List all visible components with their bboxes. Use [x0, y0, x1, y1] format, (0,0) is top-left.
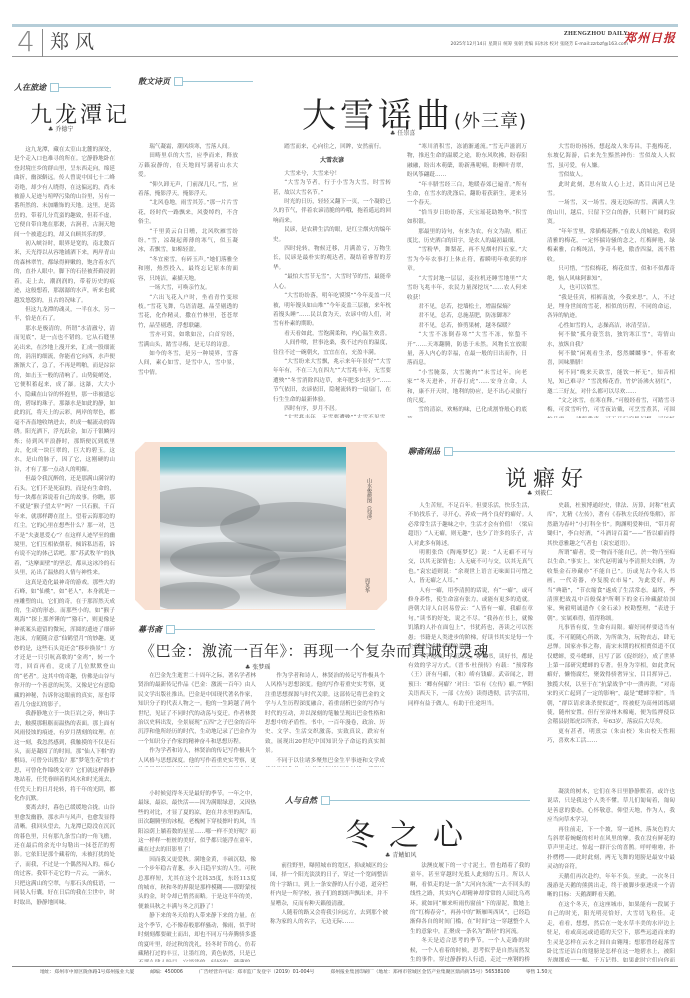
column-label-prose-poetry: 散文诗页	[138, 76, 253, 87]
english-name: ZHENGZHOU DAILY	[451, 31, 628, 37]
paragraph: 君不见，总若，挖墙松土，增温保熵？	[407, 303, 527, 312]
paragraph: 我静静地立于一块巨岩之旁，伸出手去，触摸那粗粝而温热的表面。那上面有风雨侵蚀的痕…	[14, 710, 115, 804]
article-body-dongzhixin-col4: 凝淡的树木，它们在冬日里静静默着，或许也说话，只是我这个人类不懂。草儿们匍匐着，…	[547, 788, 675, 962]
article-body-pihao-col2: 史载，杜预博通经史，律法、历算，封称“杜武库”，尤精《左传》，著有《春秋左氏经传…	[547, 502, 675, 772]
title-main: 大雪谣曲	[302, 96, 454, 136]
column-label-box-icon	[321, 796, 330, 805]
footer: 地址：郑州市中原区陇体路1号郑州报业大厦 邮编：450006 广告经营许可证：郑…	[40, 968, 660, 975]
paragraph: 何不做“孤舟蓑笠翁，独钓寒江雪”，寄情山水，放纵自我？	[547, 331, 675, 350]
footer-price: 零售 1.50元	[526, 968, 553, 975]
paragraph: 人有一癖，用李清照的话说，有“一癖”，或可修身养性，使生命富有张力，或能有更多的…	[408, 587, 533, 653]
paragraph: 大雪来兮，大雪来兮！	[273, 170, 391, 179]
article-body-dongzhixin-col3: 法澳皮履下的一寸寸泥土，曾也踏着了我的童年，甚至穿越时光抵人此刻的五月。所以人啊…	[410, 862, 530, 962]
paragraph: 再往前走，下一个坡，穿一道林，落灰色的大鸟斜翠着蜿蜒的杉叶在风里的摩。我在没有鲜…	[547, 826, 675, 873]
paragraph: 如今的冬雪，是另一种境界，雪落人间，素心如雪，是雪中人，雪中景，雪中情。	[138, 350, 238, 378]
paragraph: 小时候觉得冬天是最好的季节。一年之中，最绿，最凉，最快活——因为满眼绿意，又因热…	[138, 790, 256, 856]
paragraph: 君不见，总若，修剪果树，越冬保暖？	[407, 322, 527, 331]
paragraph: 凡事皆有度，生命有局限。癖好同样要适当有度，不可随随心所欲，为所欲为，玩物丧志，…	[547, 624, 675, 727]
paragraph: 所谓“癖者，爱一物而不能自已，於一物乃至痴以生命。”事实上，宋代赵明诚与李清照夫…	[547, 549, 675, 624]
article-author-dongzhixin: ♣青鳍如风	[385, 850, 416, 859]
paragraph: 史载，杜预博通经史，律法、历算，封称“杜武库”，尤精《左传》，著有《春秋左氏经传…	[547, 502, 675, 549]
column-label-box-icon	[166, 625, 175, 634]
column-label-text: 幕书斋	[138, 624, 162, 635]
paragraph: 明朝张岱《陶庵梦忆》说：“人无癖不可与交，以其无深情也；人无疵不可与交，以其无真…	[408, 549, 533, 587]
column-label-text: 人与自然	[285, 795, 317, 806]
article-author-daxue: ♣任崇喜	[390, 128, 415, 137]
section-name: 郑风	[50, 30, 100, 54]
column-label-line	[330, 800, 530, 801]
column-label-line	[175, 629, 375, 630]
article-author-bajin: ♣张梦瑶	[245, 662, 270, 671]
paragraph: 田畴里卓的大雪，应季而来，释放万籁寂静的，在天地间写满着山水大爱。	[138, 152, 238, 180]
paragraph: “大雪兆丰年，无雪要遭殃”“大雪不见雪，来年旱情重”“小雪大雪不见雪，小麦大麦粒…	[273, 414, 391, 418]
paragraph: 这九龙潭，藏在太室山北麓的深处，是个走入口也难寻的所在。它静静地卧在登封境庄乡的…	[14, 146, 115, 240]
author-club-icon: ♣	[385, 852, 390, 859]
paragraph: 四时轮转，物候迁移，月满盈亏，万物生长，民谚是最朴实的观达者，凝结着睿智的芳华。	[273, 245, 391, 273]
article-author-jiulongtan: ♣乔德宁	[48, 124, 73, 133]
paragraph: “小雪腌菜，大雪腌肉”“未雪过年，向老家”“冬天进补，开春打虎”……安身立命，人…	[407, 369, 527, 407]
column-label-liaozhai: 聊斋闲品	[408, 446, 675, 457]
paragraph: “雪粉华，舞梨花，再不见烟村四五家。”大雪为今年农事打上休止符，蓄瞬明年收获的序…	[407, 246, 527, 274]
paragraph: 凝淡的树木，它们在冬日里静静默着，或许也说话，只是我这个人类不懂。草儿们匍匐着，…	[547, 788, 675, 826]
masthead-divider	[42, 29, 43, 57]
paragraph: 因而我又更爱秋。满地金黄，丰硕沉稳，像一个步年稳古青葱，步入日趋平实的人生。可秋…	[138, 856, 256, 912]
issue-info: 2025年12月14日 星期日 统筹 张朝 责编 田冰冰 校对 张晓芳 E-ma…	[451, 41, 628, 47]
author-name: 张梦瑶	[252, 664, 270, 671]
column-label-box-icon	[444, 447, 453, 456]
paragraph: 何不做“闲观看生杀，悠然麟麟事”，怀着欢喜，回味腊腊！	[547, 350, 675, 369]
paragraph: “大雪封地一层层，麦拉机还睡雪地里”“大雪纷飞兆丰年，农民力量深挖坑”……农人何…	[407, 275, 527, 303]
paragraph: “文之冰雪，在寒在释。”可般经看雪，可踏雪寻梅，可赏雪听竹，可雪夜访戴，可烹雪煮…	[547, 397, 675, 418]
column-label-line	[453, 451, 675, 452]
paragraph: 要离去时，暮色已缓缓地合拢。山谷里愈发幽静，那水声与风声，也愈发显得清晰。我回头…	[14, 804, 115, 907]
paragraph: “我是佳宾，相裤南放，今我来思”，人，不过是，埋身世间的雪花，相似的历程，不同的…	[547, 294, 675, 322]
painting-artist: 周英华	[364, 578, 371, 593]
paragraph: 那最里的诗句，有来为农，有文为韵，相正度比，历史洒白的田字，是农人的最初最细。	[407, 228, 527, 247]
footer-printer: 郑州报业集团印刷厂（地址：郑州市管城区金岱产业集聚区鼎尚街15号）5653810…	[330, 968, 509, 975]
author-club-icon: ♣	[245, 664, 250, 671]
paragraph: 时光的日历，轻轻又翻下一页，一个凝聆已久的节气，伴着农谚清脆的吟哦，拖着遥远的回…	[273, 198, 391, 226]
author-club-icon: ♣	[527, 490, 532, 497]
footer-postcode: 邮编：450006	[150, 968, 183, 975]
title-suffix: (外三章)	[454, 111, 527, 132]
article-body-dongzhixin-col1: 小时候觉得冬天是最好的季节。一年之中，最绿，最凉，最快活——因为满眼绿意，又因热…	[138, 790, 256, 962]
paragraph: 雪的清凉，欢畅的味，已化成割脊般心的底蕴。	[407, 406, 527, 418]
paragraph: 心性如雪的人，志操高洁，冰清莹洁。	[547, 322, 675, 331]
paragraph: 一场雪，又一场雪，漫无边际的雪，满满人生的山川，越后，只留下空白的静，只剩下广阔…	[547, 199, 675, 227]
paragraph: 天鹅们再次赴约，年年不负。至此，一次冬日漫游是天鹅的熊熊出走，终于被脚步驱逐成一…	[547, 873, 675, 901]
article-body-bajin-col2: 作为学者和诗人，林贤治的传记写作极具个人风格与思想深度。他的写作着重史实考察，更…	[265, 672, 385, 767]
paragraph: 大雪纷纷扬扬，想起故人朱寿昌，手抱梅花，东坡亿海游，后来先生黯然神伤：雪似故人人…	[547, 143, 675, 171]
paragraph: 四时有序，岁月不居。	[273, 405, 391, 414]
paragraph: 更有甚者，明熹宗（朱由校）朱由校天性粗巧，喜欢木工活……	[547, 728, 675, 747]
masthead: 4 郑风 ZHENGZHOU DAILY 2025年12月14日 星期日 统筹 …	[12, 27, 678, 57]
section-heading: 大雪农谚	[273, 156, 391, 165]
article-body-pihao-col1: 人生苦短，不足百年。但要乐活，快乐生活，不妨找乐子，寻开心，养成一两个良好的癖好…	[408, 502, 533, 772]
author-name: 刘筱仁	[534, 490, 552, 497]
column-label-box-icon	[50, 83, 59, 92]
paragraph: “寒川消积雪，冻浦渐通流。”雪无声滋润万物，推迟生命的温暖之途，盼东风吹拂，盼春…	[407, 143, 527, 181]
article-body-daxue-col4: 大雪纷纷扬扬，想起故人朱寿昌，手抱梅花，东坡亿海游，后来先生黯然神伤：雪似故人人…	[547, 143, 675, 418]
article-body-daxue-col1: 瑞气凝霜，潮风续寒，雪落人间。 田畴里卓的大雪，应季而来，释放万籁寂静的，在天地…	[138, 143, 238, 418]
paragraph: 前往野里，曝照城市的宽区，抑或城区的公园，择一个阳光淡淡的日子，穿过一个宽阔整洁…	[270, 862, 388, 909]
author-club-icon: ♣	[48, 126, 53, 133]
article-body-daxue-col3: “寒川消积雪，冻浦渐通流。”雪无声滋润万物，推迟生命的温暖之途，盼东风吹拂，盼春…	[407, 143, 527, 418]
paragraph: 只可惜，“雪似梅花，梅花似雪，似和不似都奇绝，恼人风味阿谁知”。	[547, 265, 675, 284]
paragraph: 此时此刻，思有故人心上过，离目山河已是雪。	[547, 181, 675, 200]
column-label-nature: 人与自然	[285, 795, 530, 806]
paragraph: “六出飞花入户时，坐看青竹变琼枝。”雪花飞舞，鸟语清越，晶莹剔透的雪花，化作精灵…	[138, 294, 238, 332]
column-label-travel: 人在旅途	[14, 82, 111, 93]
paragraph: 何不同“晚来天欲雪，能饮一杯无”，知音相见，知己难寻？“雪洗梅花香，竹炉汤沸火初…	[547, 369, 675, 397]
paragraph: 初入峡谷时，眼界是宽的，南北数百米，天光得以从容地铺洒下来，两岸青山的森林翠竹，…	[14, 240, 115, 306]
article-body-daxue-col2: 踏雪而来，心向往之，回眸，安然前行。 大雪农谚 大雪来兮，大雪来兮！ “大雪为节…	[273, 143, 391, 418]
paragraph: 踏雪而来，心向往之，回眸，安然前行。	[273, 143, 391, 152]
landscape-painting	[160, 447, 346, 609]
paragraph: 在巴金先生逝世二十周年之际，著名学者林贤治的最新传记作品《巴金：激流一百年》由人…	[138, 672, 256, 747]
column-label-book: 幕书斋	[138, 624, 375, 635]
column-label-line	[183, 81, 253, 82]
paragraph: “年年雪里，常插梅花醉。”在故人的城池，收到清雅的梅花，一定怀揣诗骚的念之，红梅…	[547, 228, 675, 266]
paragraph: “冬宜密雪，有碎玉声。”她们落雅全和刚，热烈投入，最终忘记原本的面容，只纯洁，素…	[138, 256, 238, 284]
paragraph: 法澳皮履下的一寸寸泥土，曾也踏着了我的童年，甚至穿越时光抵人此刻的五月。所以人啊…	[410, 862, 530, 937]
article-body-jiulongtan: 这九龙潭，藏在太室山北麓的深处，是个走入口也难寻的所在。它静静地卧在登封境庄乡的…	[14, 146, 115, 961]
paragraph: 作为学者和诗人，林贤治的传记写作极具个人风格与思想深度。他的写作着重史实考察，更…	[138, 747, 256, 767]
paragraph: 雪亦可赏，如歌如泣，白首穷经，雪满山头，踏雪寻梅，是无尽的诗意。	[138, 331, 238, 350]
paragraph: 人随着的路又会将我引向远方，去到那个被称为家的人的名字，无边无际……	[270, 909, 388, 928]
column-label-text: 散文诗页	[138, 76, 170, 87]
page-number: 4	[17, 27, 35, 57]
paragraph: 这真是造化最神奇的游戏。那些大的石峰，如“仙桃”，如“老人”，本身就是一座雕塑的…	[14, 579, 115, 711]
painting-mountain-shape	[160, 582, 240, 609]
painting-mountain-shape	[250, 557, 346, 597]
footer-address: 地址：郑州市中原区陇体路1号郑州报业大厦	[40, 968, 134, 975]
article-title-jiulongtan: 九龙潭记	[30, 98, 130, 129]
column-label-line	[59, 87, 111, 88]
author-club-icon: ♣	[390, 130, 395, 137]
newspaper-logo: 郑州日报	[624, 29, 676, 46]
paragraph: “北风卷地，雨雪其芳。”那一片片雪花，经时代一路飘来，风姿绰约，不含俗尘。	[138, 199, 238, 227]
paragraph: “大雪为节者，行于小雪为大雪，时雪转甚，故以大雪名节。”	[273, 179, 391, 198]
column-label-text: 聊斋闲品	[408, 446, 440, 457]
painting-caption: 山水俊颜图（局部）	[364, 478, 372, 523]
paragraph: 雪似故人。	[547, 171, 675, 180]
article-body-dongzhixin-col2: 前往野里，曝照城市的宽区，抑或城区的公园，择一个阳光淡淡的日子，穿过一个宽阔整洁…	[270, 862, 388, 962]
paragraph: 君不见，总若，总施基肥，防冻御寒？	[407, 312, 527, 321]
paragraph: 瑞气凝霜，潮风续寒，雪落人间。	[138, 143, 238, 152]
paragraph: 作为学者和诗人，林贤治的传记写作极具个人风格与思想深度。他的写作着重史实考察，更…	[265, 672, 385, 757]
paragraph: 一场大雪，可唤亲竹友。	[138, 284, 238, 293]
paragraph: 人，也可以似雪。	[547, 284, 675, 293]
paragraph: “大雪不冻倒春寒”“大雪不冻，惊蛰不开”……天寒翻腾，防患于未然。风物长宜放眼量…	[407, 331, 527, 369]
paragraph: 人间作喷，世事沧桑，我不过内在的温度，往往不过一碗朝火，宜宜在在，充盈丰满。	[273, 339, 391, 358]
paragraph: 冬天是适合思考的季节。一个人走路的时候，一个人看着的时候，思考似乎是自然而然发生…	[410, 937, 530, 962]
paragraph: 人生苦短，不足百年。但要乐活，快乐生活，不妨找乐子，寻开心，养成一两个良好的癖好…	[408, 502, 533, 549]
paragraph: “大雪纷纷落，明年吃馍馍”“今年麦盖一尺被，明年馒头如山堆”“今年麦盖三层被，来…	[273, 292, 391, 330]
paragraph: 在这个冬天，在这座城市，如果能有一段属于自己的时光，阳光明亮恰好，大雪切飞粒佳。…	[547, 901, 675, 962]
author-name: 任崇喜	[397, 130, 415, 137]
paragraph: 不学无术，学而知之。好读书，读好书，都是有效的学习方式。《晋书·杜预传》有载：“…	[408, 653, 533, 709]
footer-ad-license: 广告经营许可证：郑市监广发登字（2019）01-004号	[199, 968, 315, 975]
article-author-pihao: ♣刘筱仁	[527, 488, 552, 497]
article-title-dongzhixin: 冬之心	[345, 810, 477, 854]
paragraph: “千里黄云白日曛，北风吹雁雪纷纷。”雪，凉凝起薄薄的寒气，似玉凝冰，若飘雪，如棉…	[138, 228, 238, 256]
article-body-bajin-col1: 在巴金先生逝世二十周年之际，著名学者林贤治的最新传记作品《巴金：激流一百年》由人…	[138, 672, 256, 767]
paragraph: 不同于以往诸多聚焦巴金生平事迹和文学成就的传记作品，该书尝试以时间为轴线，着眼检…	[265, 757, 385, 767]
paragraph: 静下来的冬天给的人带来静下来的力量。在这个季节，心不像春般那样骚动，像雨，似乎时…	[138, 912, 256, 962]
paragraph: 看天看如此，雪饱满柔和，内心温生欢喜。	[273, 330, 391, 339]
paragraph: 民谚，是农耕生活的眼，是红尘烟火的编年史。	[273, 226, 391, 245]
author-name: 乔德宁	[55, 126, 73, 133]
paragraph: “恰当岁日纷纷落，天宝瑶花助物华。”积雪如积银。	[407, 209, 527, 228]
column-label-box-icon	[174, 77, 183, 86]
paragraph: 那水是极清的，所谓“水清澈兮，清而见底”，是一点也不错的。它从石缝里沁出来，在沙…	[14, 325, 115, 476]
author-name: 青鳍如风	[392, 852, 416, 859]
masthead-info-block: ZHENGZHOU DAILY 2025年12月14日 星期日 统筹 张朝 责编…	[451, 31, 628, 47]
paragraph: 但这九龙潭的魂灵，一半在水，另一半，恰是在石了。	[14, 306, 115, 325]
footer-divider	[12, 966, 678, 967]
paragraph: “年丰腊雪经三白，地暖春郊已遍青。”所有生命，在雪水的洗涤后，翻盼着获新生，迎来…	[407, 181, 527, 209]
column-label-text: 人在旅途	[14, 82, 46, 93]
paragraph: “最怕大雪节无雪”，大雪时节的雪，最能牵人心。	[273, 273, 391, 292]
paragraph: “大雪纷来大雪飘，兆示来年年景好”“大雪年年有，不在三九在四九”“大雪兆丰年，无…	[273, 358, 391, 405]
paragraph: “仰久卸无声，门前深几尺。”雪，应着落，掩影浮天，掩影浮天。	[138, 181, 238, 200]
paragraph: 但最令我沉醉的，还是那满山满谷的石头。它们不是死寂的，而是有生命的，每一块都在诉…	[14, 475, 115, 578]
